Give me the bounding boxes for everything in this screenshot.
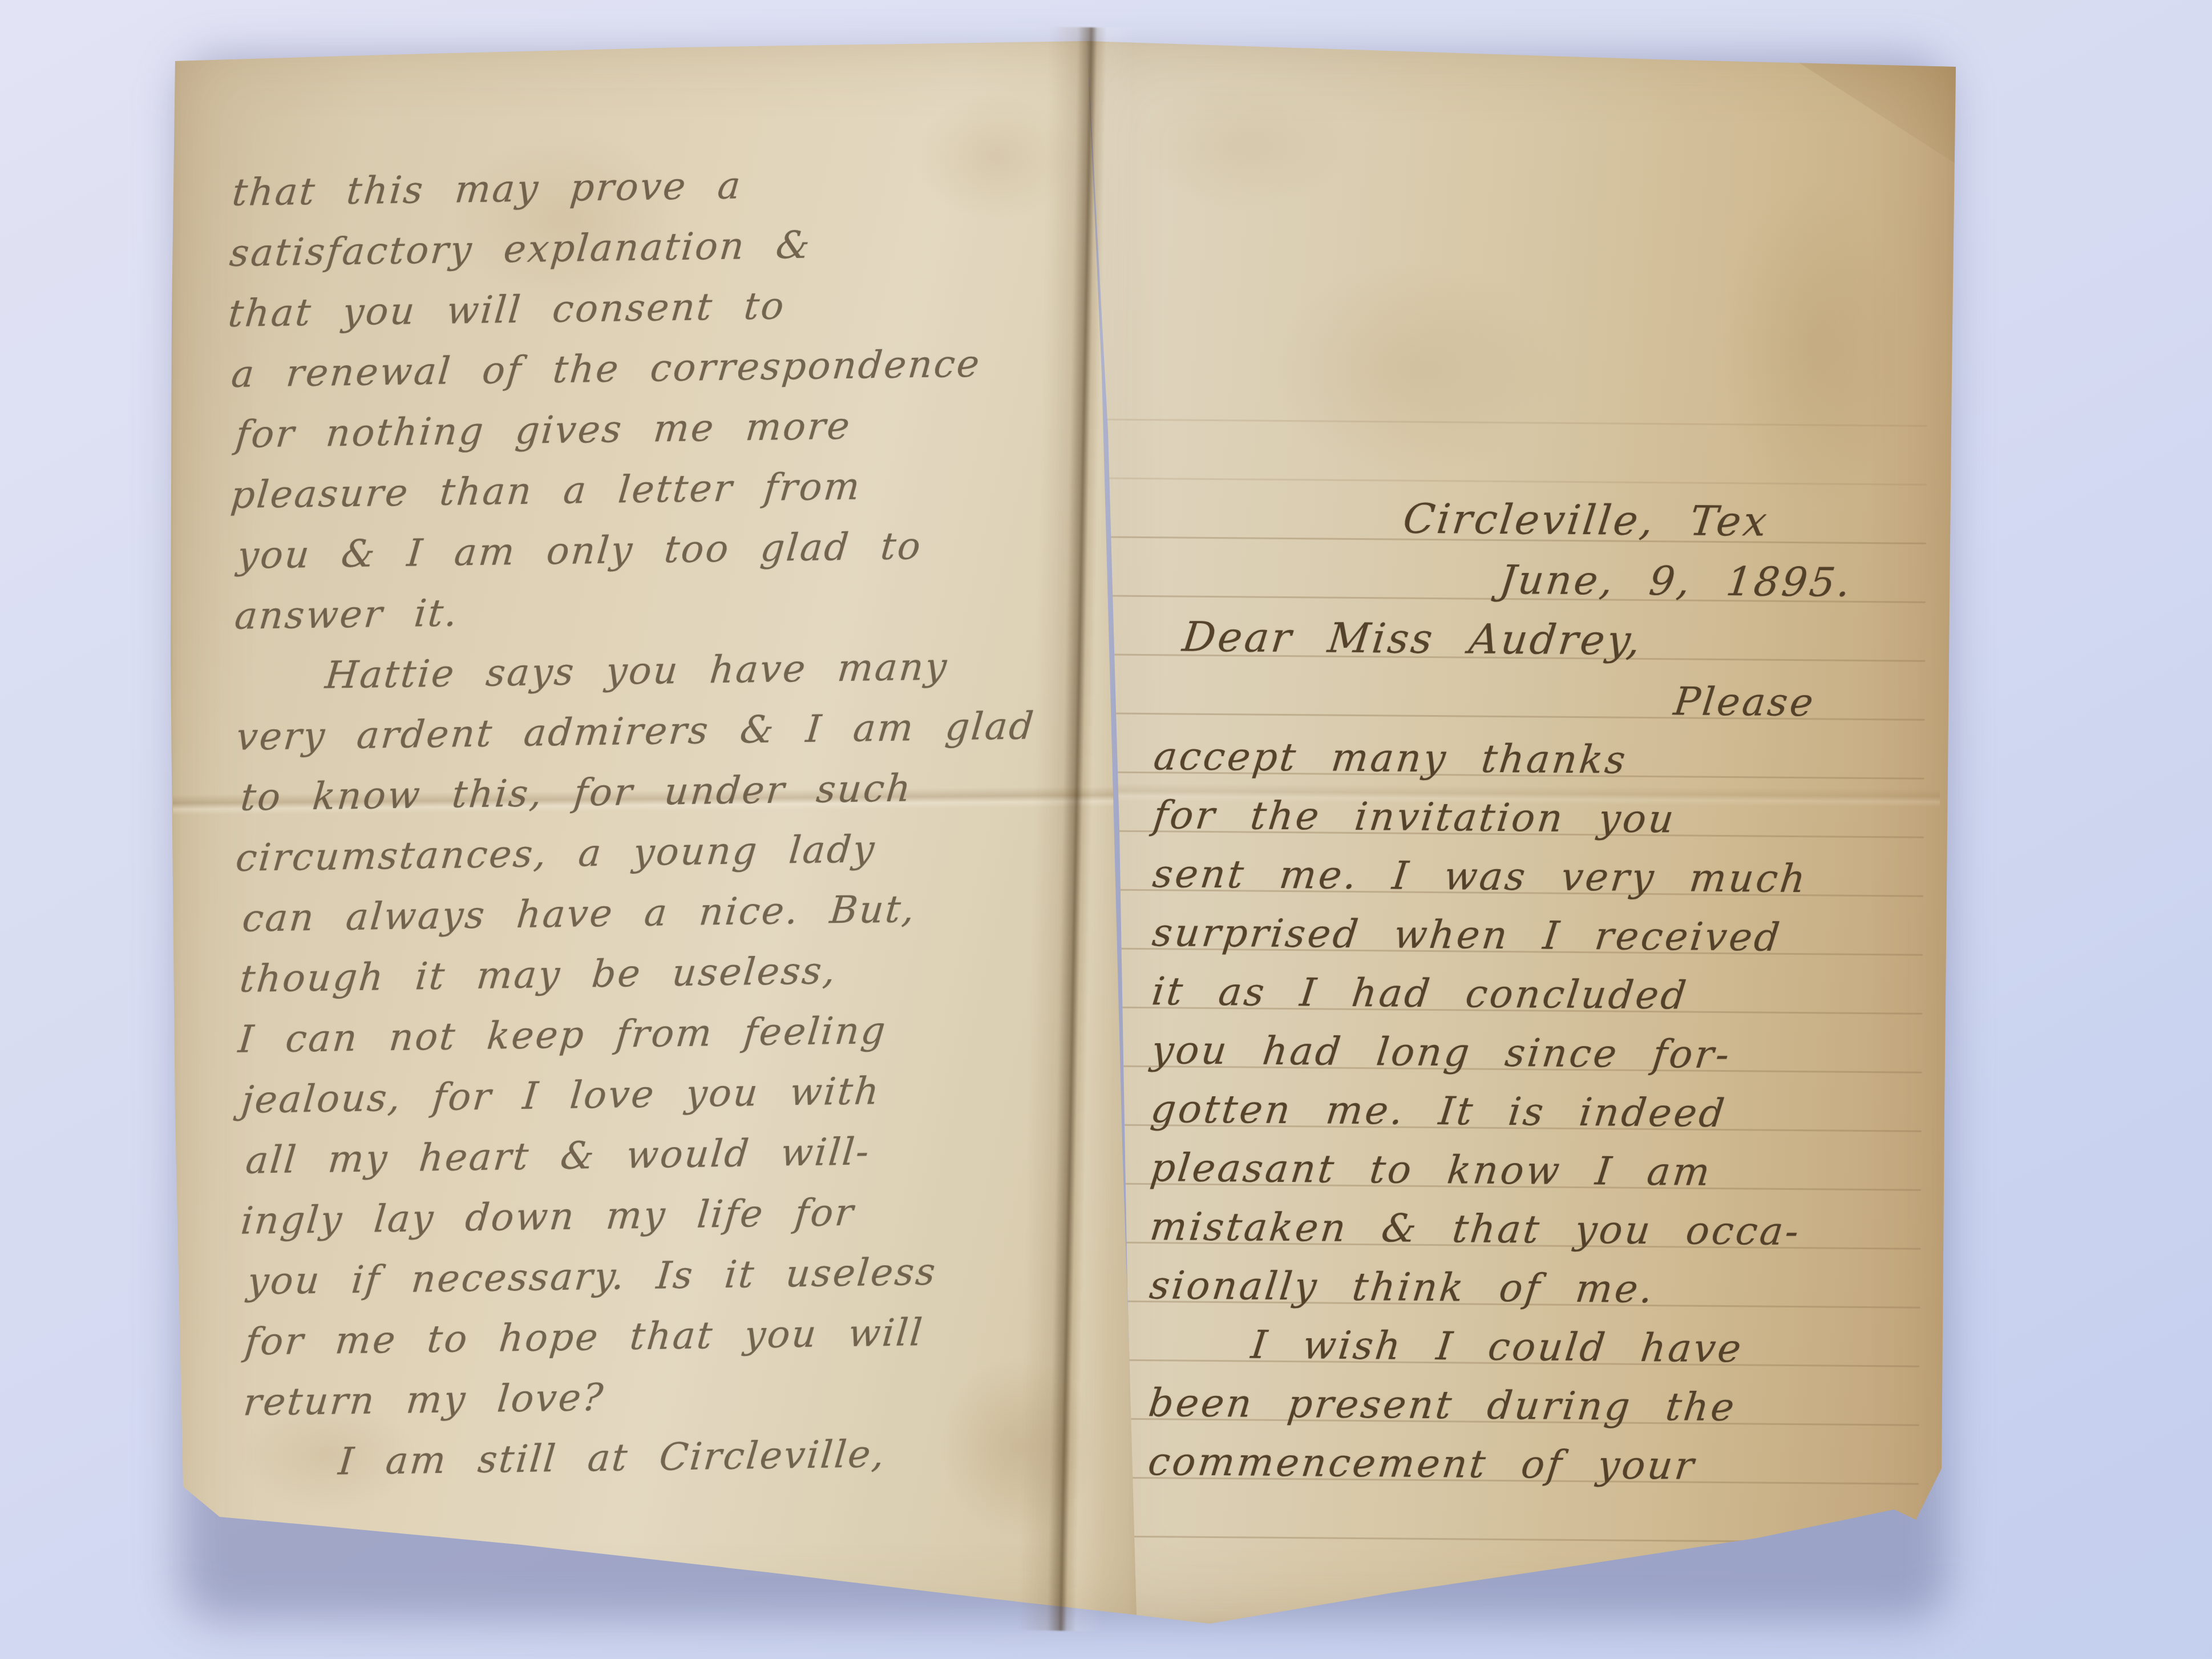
date-line: June, 9, 1895. [1497,556,1855,606]
handwritten-line: been present during the [1146,1374,1951,1439]
handwritten-line: mistaken & that you occa- [1147,1197,1952,1262]
handwritten-line: I am still at Circleville, [244,1420,1140,1493]
handwritten-line: commencement of your [1145,1432,1951,1497]
opening-word: Please [1672,679,1818,725]
handwritten-line: sent me. I was very much [1150,845,1955,910]
handwritten-line: accept many thanks [1151,727,1956,792]
handwritten-line: for the invitation you [1150,786,1956,851]
letter-right-page: Circleville, Tex June, 9, 1895. Dear Mis… [1073,31,1963,1629]
handwritten-line: surprised when I received [1149,903,1955,968]
left-page-text: that this may prove a satisfactory expla… [225,150,1134,1493]
place-line: Circleville, Tex [1401,495,1772,546]
letter-left-page: that this may prove a satisfactory expla… [168,31,1141,1629]
handwritten-line: gotten me. It is indeed [1148,1080,1954,1145]
handwritten-line: it as I had concluded [1149,962,1954,1027]
handwritten-line: sionally think of me. [1146,1256,1952,1321]
handwritten-line: you had long since for- [1149,1021,1954,1086]
salutation-line: Dear Miss Audrey, [1180,613,1645,664]
handwritten-line: I wish I could have [1146,1315,1952,1380]
letter-photo: that this may prove a satisfactory expla… [0,0,2212,1659]
handwritten-line: pleasant to know I am [1147,1139,1953,1204]
right-page-text: Circleville, Tex June, 9, 1895. Dear Mis… [1064,31,1967,1636]
right-page-body: accept many thanks for the invitation yo… [1145,727,1950,1497]
